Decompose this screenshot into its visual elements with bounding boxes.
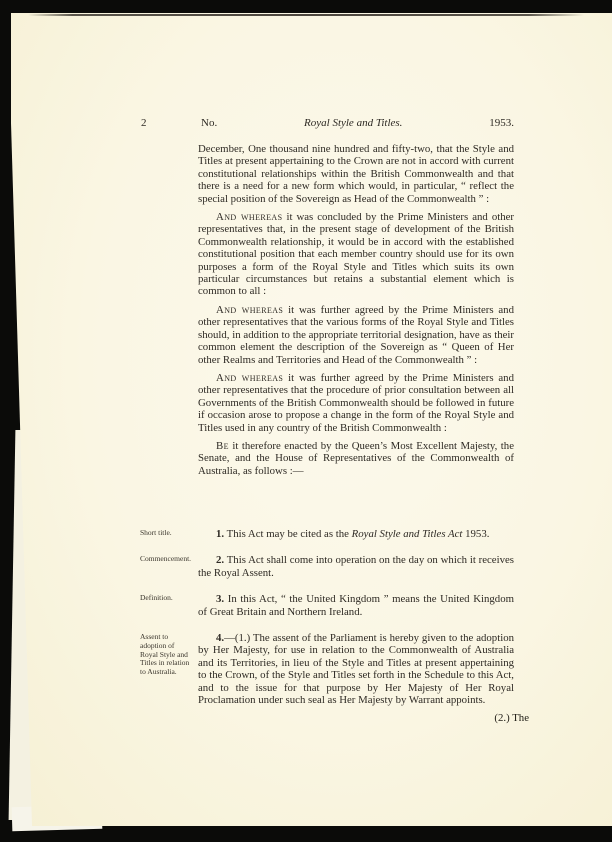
running-header: No. Royal Style and Titles. 1953. bbox=[198, 117, 514, 130]
section-text: 1953. bbox=[462, 528, 489, 540]
catchword: (2.) The bbox=[198, 712, 529, 724]
enacting-clause: Be it therefore enacted by the Queen’s M… bbox=[198, 440, 514, 477]
margin-note-assent: Assent to adoption of Royal Style and Ti… bbox=[140, 633, 194, 677]
section-commencement: Commencement. 2. This Act shall come int… bbox=[198, 554, 514, 579]
section-short-title: Short title. 1. This Act may be cited as… bbox=[198, 528, 514, 540]
preamble-paragraph-continuation: December, One thousand nine hundred and … bbox=[198, 143, 514, 205]
smallcaps-lead: And whereas bbox=[216, 211, 282, 223]
section-number: 1. bbox=[216, 528, 224, 540]
section-number: 4. bbox=[216, 632, 224, 644]
subsection-number: —(1.) bbox=[224, 632, 250, 644]
section-number: 2. bbox=[216, 554, 224, 566]
smallcaps-lead: And whereas bbox=[216, 372, 283, 384]
document-page: 2 No. Royal Style and Titles. 1953. Dece… bbox=[10, 13, 612, 826]
preamble-paragraph-whereas-2: And whereas it was further agreed by the… bbox=[198, 304, 514, 366]
section-text: In this Act, “ the United Kingdom ” mean… bbox=[198, 593, 514, 617]
act-number-label: No. bbox=[198, 117, 217, 130]
page-top-edge-shadow bbox=[28, 14, 584, 16]
page-number: 2 bbox=[141, 117, 147, 130]
header-year: 1953. bbox=[489, 117, 514, 130]
smallcaps-lead: Be bbox=[216, 440, 229, 452]
preamble-paragraph-whereas-3: And whereas it was further agreed by the… bbox=[198, 372, 514, 434]
section-text: This Act shall come into operation on th… bbox=[198, 554, 514, 578]
paragraph-text: it was concluded by the Prime Ministers … bbox=[198, 211, 514, 297]
margin-note-commencement: Commencement. bbox=[140, 555, 194, 564]
margin-note-definition: Definition. bbox=[140, 594, 194, 603]
margin-note-short-title: Short title. bbox=[140, 529, 194, 538]
paragraph-text: it therefore enacted by the Queen’s Most… bbox=[198, 440, 514, 477]
section-text: This Act may be cited as the bbox=[224, 528, 352, 540]
section-assent: Assent to adoption of Royal Style and Ti… bbox=[198, 632, 514, 706]
smallcaps-lead: And whereas bbox=[216, 304, 283, 316]
section-definition: Definition. 3. In this Act, “ the United… bbox=[198, 593, 514, 618]
paragraph-text: December, One thousand nine hundred and … bbox=[198, 143, 514, 205]
scan-frame: 2 No. Royal Style and Titles. 1953. Dece… bbox=[0, 0, 612, 842]
running-title: Royal Style and Titles. bbox=[217, 117, 489, 130]
cited-act-title: Royal Style and Titles Act bbox=[352, 528, 463, 540]
section-number: 3. bbox=[216, 593, 224, 605]
preamble: December, One thousand nine hundred and … bbox=[198, 143, 514, 483]
preamble-paragraph-whereas-1: And whereas it was concluded by the Prim… bbox=[198, 211, 514, 298]
act-sections: Short title. 1. This Act may be cited as… bbox=[198, 528, 514, 725]
